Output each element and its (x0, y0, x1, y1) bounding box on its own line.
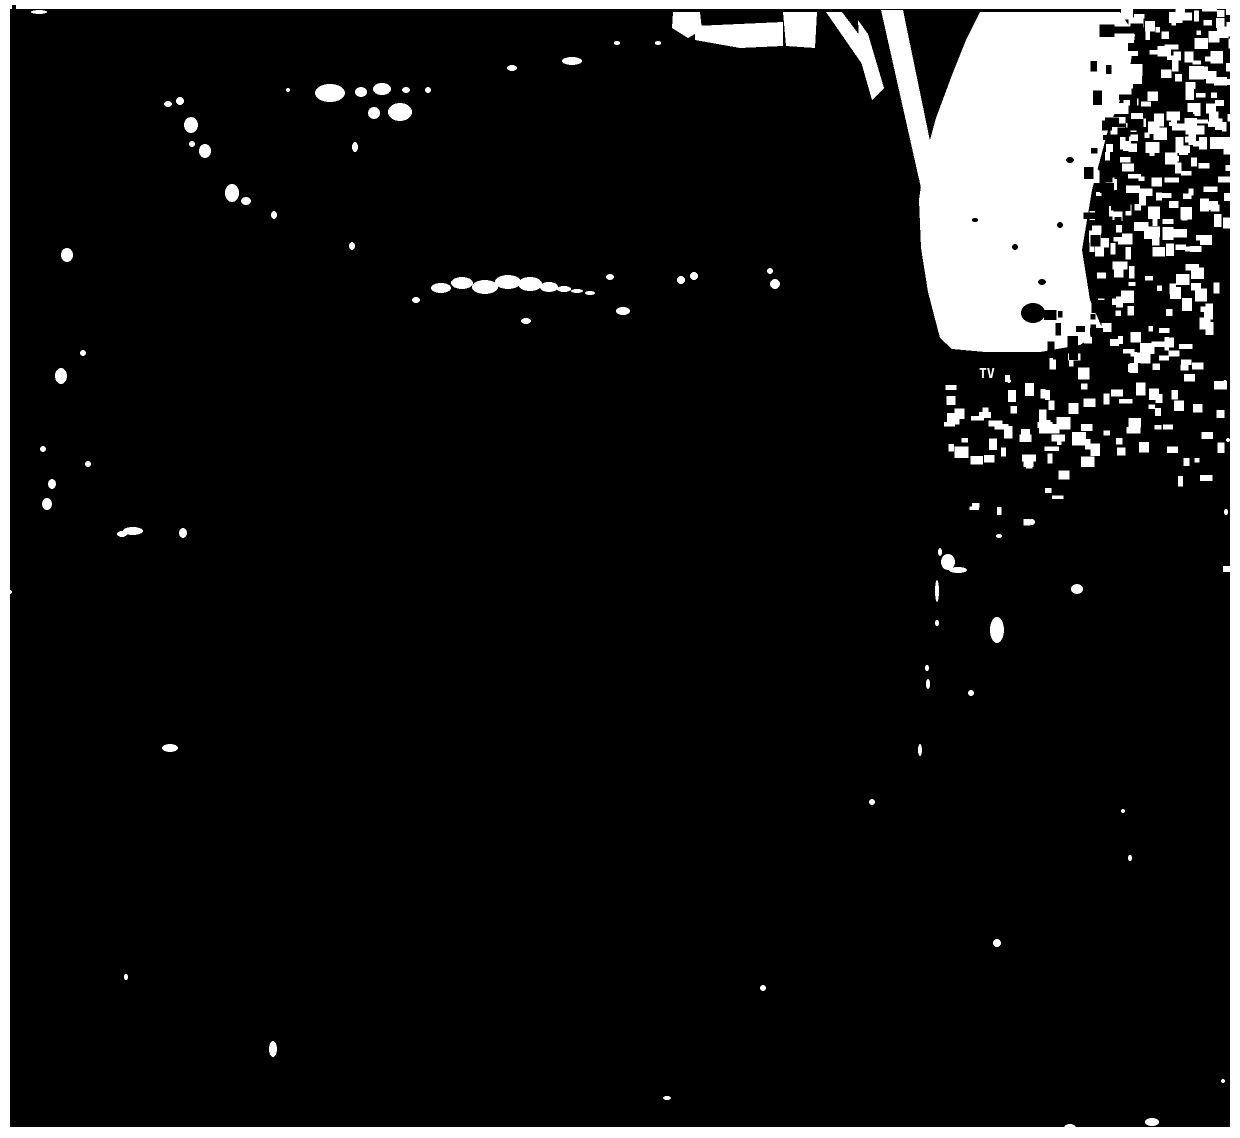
black-speck (1038, 279, 1046, 285)
white-blob (355, 87, 367, 97)
speckle (1148, 92, 1158, 102)
speckle (1192, 363, 1204, 370)
speckle (1145, 27, 1150, 40)
white-blob (1071, 584, 1083, 594)
speckle (1131, 332, 1141, 343)
speckle (1019, 435, 1031, 442)
speckle (1196, 93, 1206, 98)
speckle (1217, 442, 1224, 453)
white-blob (606, 274, 614, 280)
speckle (1122, 164, 1134, 172)
speckle (1161, 69, 1172, 78)
white-blob (61, 248, 73, 262)
speckle (1194, 270, 1201, 274)
speckle (1081, 457, 1095, 467)
white-blob (663, 1096, 671, 1100)
speckle (1159, 328, 1169, 333)
speckle (1182, 298, 1192, 311)
white-blob (1121, 809, 1125, 813)
speckle (1059, 471, 1070, 480)
speckle (1128, 364, 1136, 372)
speckle (1110, 339, 1119, 346)
white-blob (1221, 1079, 1225, 1083)
speckle (1093, 91, 1102, 105)
speckle (1193, 109, 1200, 114)
speckle (1131, 352, 1137, 356)
speckle (1039, 409, 1047, 420)
speckle (1097, 273, 1106, 279)
speckle (1193, 141, 1205, 147)
speckle (1169, 201, 1179, 208)
speckle (1081, 424, 1092, 431)
speckle (1085, 439, 1091, 450)
white-blob (199, 144, 211, 158)
speckle (1172, 390, 1178, 399)
white-blob (269, 1041, 277, 1057)
speckle (1181, 214, 1187, 220)
speckle (1130, 97, 1137, 111)
white-blob (518, 277, 542, 291)
white-blob (271, 211, 277, 219)
white-blob (926, 679, 930, 689)
top-block-3 (783, 12, 817, 48)
speckle (1091, 148, 1098, 154)
speckle (1151, 342, 1165, 348)
speckle (1152, 236, 1160, 245)
speckle (1126, 186, 1140, 193)
speckle (1170, 287, 1181, 299)
white-blob (42, 498, 52, 510)
speckle (961, 438, 968, 442)
speckle (1194, 11, 1199, 22)
speckle (1163, 425, 1173, 430)
black-hole (1021, 303, 1045, 323)
white-blob (614, 41, 620, 45)
speckle (1171, 21, 1176, 26)
white-blob (949, 567, 967, 573)
white-blob (990, 617, 1004, 643)
speckle (969, 507, 979, 511)
speckle (989, 439, 997, 451)
white-blob (929, 274, 933, 290)
white-blob (521, 318, 531, 324)
speckle (1105, 168, 1113, 183)
binarized-photo-page: TV (0, 0, 1240, 1138)
speckle (1129, 282, 1136, 286)
speckle (1158, 46, 1171, 57)
speckle (997, 507, 1002, 515)
speckle (1217, 10, 1224, 17)
speckle (1145, 276, 1153, 280)
tv-watermark: TV (979, 367, 995, 382)
white-blob (184, 117, 198, 133)
speckle (1172, 229, 1187, 237)
white-blob (495, 275, 521, 289)
speckle (1154, 425, 1161, 429)
speckle (1107, 233, 1123, 238)
speckle (1196, 31, 1201, 35)
speckle (1163, 227, 1174, 240)
speckle (1083, 111, 1094, 119)
speckle (1203, 20, 1211, 25)
speckle (1148, 227, 1160, 237)
speckle (1167, 447, 1178, 454)
speckle (1176, 274, 1189, 285)
speckle (1222, 122, 1227, 131)
white-blob (1145, 1118, 1159, 1126)
white-blob (472, 280, 498, 294)
speckle (1100, 304, 1106, 314)
speckle (1091, 235, 1101, 247)
speckle (1193, 61, 1201, 65)
speckle (1105, 152, 1110, 160)
speckle (1135, 204, 1141, 211)
speckle (1117, 447, 1125, 455)
speckle (944, 422, 955, 426)
speckle (1193, 404, 1203, 413)
white-blob (425, 87, 431, 93)
speckle (1100, 25, 1115, 38)
speckle (1001, 448, 1006, 457)
speckle (1128, 43, 1145, 51)
speckle (1114, 267, 1124, 277)
speckle (1194, 120, 1208, 124)
speckle (1045, 390, 1050, 400)
speckle (1152, 216, 1157, 226)
speckle (1133, 74, 1142, 84)
speckle (1158, 193, 1172, 198)
speckle (1195, 66, 1208, 79)
white-blob (179, 528, 187, 538)
speckle (1052, 496, 1063, 499)
white-blob (388, 103, 412, 121)
speckle (1215, 119, 1223, 130)
speckle (1089, 124, 1097, 128)
speckle (1166, 309, 1172, 316)
black-speck (1057, 222, 1063, 228)
speckle (1149, 326, 1154, 332)
speckle (1176, 137, 1184, 146)
white-blob (655, 41, 661, 45)
speckle (1185, 88, 1194, 100)
speckle (1204, 187, 1218, 192)
speckle (1111, 243, 1116, 254)
speckle (1078, 367, 1090, 379)
speckle (1131, 24, 1143, 34)
speckle (1166, 243, 1174, 256)
speckle (1195, 458, 1200, 463)
speckle (979, 412, 991, 418)
speckle (1107, 220, 1116, 233)
speckle (1128, 306, 1135, 316)
white-blob (189, 141, 195, 147)
white-blob (968, 690, 974, 696)
white-blob (40, 446, 46, 452)
white-blob (540, 282, 558, 292)
speckle (1118, 173, 1127, 178)
speckle (1129, 418, 1141, 428)
white-blob (935, 580, 939, 602)
speckle (1175, 244, 1186, 250)
white-blob (571, 289, 583, 293)
speckle (1115, 190, 1125, 196)
speckle (1119, 399, 1132, 403)
speckle (1056, 323, 1061, 336)
speckle (1199, 163, 1210, 169)
white-blob (176, 97, 184, 105)
speckle (1129, 266, 1135, 279)
speckle (1181, 359, 1192, 365)
speckle (1181, 12, 1192, 20)
speckle (1081, 383, 1087, 389)
white-blob (770, 279, 780, 289)
white-blob (85, 461, 91, 467)
white-blob (225, 184, 239, 202)
speckle (1156, 27, 1161, 32)
white-blob (431, 283, 451, 293)
speckle (1114, 27, 1130, 34)
speckle (1104, 188, 1110, 201)
speckle (1106, 144, 1113, 152)
speckle (1116, 438, 1122, 445)
speckle (1076, 326, 1085, 332)
speckle (1180, 364, 1188, 370)
speckle (1057, 437, 1062, 446)
speckle (1169, 351, 1180, 357)
speckle (1103, 48, 1111, 59)
speckle (1141, 102, 1151, 107)
margin-tick (12, 5, 16, 10)
speckle (1025, 383, 1034, 396)
speckle (1123, 199, 1131, 211)
speckle (984, 455, 995, 462)
speckle (1211, 205, 1220, 212)
speckle (1050, 358, 1056, 369)
speckle (1185, 247, 1192, 252)
speckle (1195, 288, 1207, 301)
speckle (1154, 121, 1164, 126)
speckle (1102, 121, 1112, 131)
white-blob (562, 57, 582, 65)
speckle (1153, 127, 1167, 140)
speckle (1185, 82, 1195, 89)
speckle (1104, 430, 1110, 435)
white-blob (48, 479, 56, 489)
speckle (1127, 427, 1141, 434)
white-blob (1029, 519, 1035, 525)
speckle (1048, 454, 1053, 464)
speckle (1097, 79, 1111, 92)
white-blob (690, 272, 698, 280)
speckle (1164, 337, 1169, 350)
speckle (1179, 344, 1192, 349)
white-blob (1128, 855, 1132, 861)
speckle (1214, 77, 1227, 85)
speckle (1084, 398, 1096, 407)
speckle (1206, 322, 1214, 335)
white-blob (918, 744, 922, 756)
speckle (1091, 155, 1097, 167)
speckle (1129, 144, 1138, 152)
speckle (1170, 156, 1180, 162)
white-blob (349, 242, 355, 250)
speckle (949, 444, 955, 451)
speckle (1044, 310, 1056, 320)
speckle (1139, 177, 1145, 182)
speckle (1126, 247, 1131, 260)
white-blob (616, 307, 630, 315)
speckle (1185, 52, 1194, 63)
speckle (1091, 314, 1096, 319)
speckle (1023, 459, 1033, 467)
white-blob (1224, 509, 1228, 515)
white-blob (241, 197, 251, 205)
speckle (1045, 488, 1051, 493)
white-blob (993, 939, 1001, 947)
speckle (1129, 135, 1138, 141)
speckle (1113, 135, 1120, 150)
speckle (1139, 194, 1146, 205)
speckle (1050, 424, 1060, 434)
white-blob (996, 534, 1002, 538)
speckle (1084, 167, 1093, 179)
white-blob (760, 985, 766, 991)
white-blob (869, 799, 875, 805)
speckle (971, 456, 983, 465)
speckle (1211, 92, 1217, 98)
speckle (1106, 60, 1111, 66)
speckle (1179, 147, 1188, 155)
speckle (1066, 330, 1073, 336)
white-blob (124, 974, 128, 980)
speckle (1195, 126, 1205, 135)
white-blob (162, 744, 178, 752)
white-blob (412, 297, 420, 303)
white-blob (934, 298, 938, 312)
white-blob (767, 268, 773, 274)
speckle (1217, 410, 1225, 418)
speckle (1214, 214, 1222, 227)
speckle (1048, 342, 1055, 355)
speckle (1184, 374, 1195, 381)
white-blob (451, 277, 473, 289)
speckle (1157, 286, 1162, 292)
speckle (1111, 389, 1123, 396)
speckle (1008, 390, 1016, 402)
speckle (1069, 347, 1078, 360)
speckle (1136, 383, 1146, 396)
speckle (1090, 328, 1103, 335)
speckle (1113, 41, 1125, 50)
tv-watermark-dot (1005, 375, 1010, 382)
speckle (1201, 432, 1212, 439)
speckle (1044, 446, 1059, 451)
speckle (946, 385, 957, 390)
speckle (1053, 353, 1061, 360)
speckle (1162, 32, 1169, 39)
white-blob (938, 548, 942, 556)
speckle (1040, 389, 1045, 398)
speckle (1116, 297, 1123, 308)
speckle (1148, 404, 1155, 409)
speckle (1152, 178, 1162, 187)
speckle (1155, 394, 1162, 403)
speckle (1058, 311, 1063, 318)
white-blob (352, 142, 358, 152)
speckle (1163, 219, 1174, 224)
speckle (1049, 400, 1055, 410)
speckle (1195, 38, 1208, 49)
speckle (1095, 246, 1104, 257)
speckle (1091, 444, 1100, 456)
speckle (947, 396, 956, 405)
white-blob (373, 83, 391, 95)
speckle (1115, 311, 1121, 316)
speckle (1174, 400, 1184, 411)
white-blob (935, 620, 939, 626)
speckle (1105, 106, 1115, 111)
speckle (1200, 475, 1213, 481)
white-blob (557, 286, 571, 292)
white-blob (117, 531, 127, 537)
white-blob (677, 276, 685, 284)
speckle (1140, 353, 1150, 364)
white-blob (315, 84, 345, 102)
white-blob (80, 350, 86, 356)
speckle (1120, 157, 1130, 163)
speckle (1069, 403, 1079, 414)
white-blob (164, 101, 172, 107)
speckle (1153, 364, 1160, 370)
speckle (1091, 61, 1097, 72)
speckle (1211, 56, 1218, 63)
binary-image: TV (0, 0, 1240, 1138)
speckle (1184, 458, 1190, 466)
speckle (1144, 132, 1149, 138)
speckle (1216, 18, 1225, 28)
black-speck (1012, 244, 1018, 250)
speckle (1106, 65, 1112, 74)
speckle (1191, 158, 1197, 167)
speckle (1159, 356, 1169, 361)
speckle (1164, 178, 1179, 183)
speckle (1172, 124, 1185, 131)
speckle (1084, 213, 1096, 219)
speckle (1118, 58, 1123, 67)
white-blob (925, 665, 929, 671)
speckle (1215, 100, 1224, 106)
white-blob (286, 88, 290, 92)
speckle (1072, 432, 1086, 445)
white-blob (402, 87, 410, 93)
speckle (1175, 163, 1181, 174)
speckle (1214, 282, 1220, 293)
speckle (1010, 406, 1017, 413)
white-blob (585, 291, 595, 295)
speckle (1175, 74, 1182, 81)
white-blob (55, 368, 67, 384)
white-blob (507, 65, 517, 71)
speckle (1139, 442, 1149, 452)
speckle (1183, 194, 1192, 199)
black-speck (1066, 157, 1074, 163)
white-blob (1226, 438, 1230, 442)
speckle (1104, 393, 1110, 404)
white-blob (1223, 380, 1227, 384)
speckle (1081, 12, 1088, 19)
speckle (1152, 247, 1165, 257)
speckle (1150, 150, 1155, 157)
